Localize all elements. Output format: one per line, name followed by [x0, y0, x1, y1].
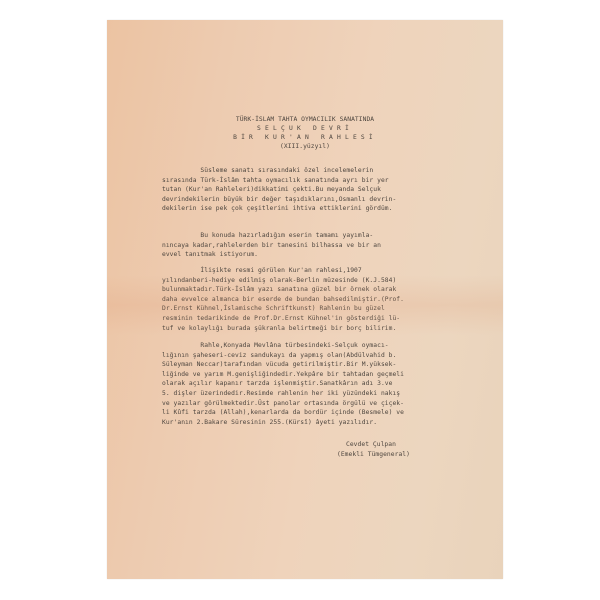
paragraph-4-line: Rahle,Konyada Mevlâna türbesindeki-Selçu…: [162, 341, 389, 351]
paragraph-2-line: nıncaya kadar,rahlelerden bir tanesini b…: [162, 241, 381, 251]
paragraph-4-line: Süleyman Neccar)tarafından vücuda getiri…: [162, 360, 396, 370]
paragraph-4-line: li Kûfi tarzda (Allah),kenarlarda da bor…: [162, 408, 404, 418]
paragraph-4-line: olarak açılır kapanır tarzda işlenmiştir…: [162, 379, 392, 389]
paragraph-4-line: liğinde ve yarım M.genişliğindedir.Yekpâ…: [162, 370, 404, 380]
paragraph-3-line: bulunmaktadır.Türk-İslâm yazı sanatına g…: [162, 285, 396, 295]
paragraph-4-line: Kur'anın 2.Bakare Süresinin 255.(Kürsî) …: [162, 418, 377, 428]
paragraph-3-line: resminin tedarikinde de Prof.Dr.Ernst Kü…: [162, 314, 400, 324]
paragraph-2-line: evvel tanıtmak istiyorum.: [162, 250, 258, 260]
typewritten-document-page: TÜRK-İSLAM TAHTA OYMACILIK SANATINDA SEL…: [107, 20, 503, 579]
paragraph-1-line: Süsleme sanatı sırasındaki özel inceleme…: [162, 166, 373, 176]
paragraph-1-line: devrindekilerin büyük bir değer taşıdıkl…: [162, 195, 396, 205]
paragraph-1-line: dekilerin ise pek çok çeşitlerini ihtiva…: [162, 204, 392, 214]
signature-name: Cevdet Çulpan: [346, 440, 396, 450]
paragraph-4-line: ve yazılar görülmektedir.Üst panolar ort…: [162, 399, 404, 409]
paragraph-4-line: lığının şaheseri-ceviz sandukayı da yapm…: [162, 351, 396, 361]
paragraph-1-line: sırasında Türk-İslâm tahta oymacılık san…: [162, 176, 389, 186]
paragraph-1-line: tutan (Kur'an Rahleleri)dikkatimi çekti.…: [162, 185, 381, 195]
paragraph-2-line: Bu konuda hazırladığım eserin tamamı yay…: [162, 231, 373, 241]
paragraph-4-line: 5. dişler üzerindedir.Resimde rahlenin h…: [162, 389, 400, 399]
signature-title: (Emekli Tümgeneral): [337, 450, 410, 460]
paragraph-3-line: İlişikte resmi görülen Kur'an rahlesi,19…: [162, 266, 362, 276]
document-title-line-4: (XIII.yüzyıl): [107, 142, 503, 152]
paragraph-3-line: yılındanberi-hediye edilmiş olarak-Berli…: [162, 276, 396, 286]
paragraph-3-line: tuf ve kolaylığı burada şükranla belirtm…: [162, 324, 396, 334]
paragraph-3-line: Dr.Ernst Kühnel,İslamische Schriftkunst)…: [162, 304, 385, 314]
paragraph-3-line: daha evvelce almanca bir eserde de bunda…: [162, 295, 404, 305]
